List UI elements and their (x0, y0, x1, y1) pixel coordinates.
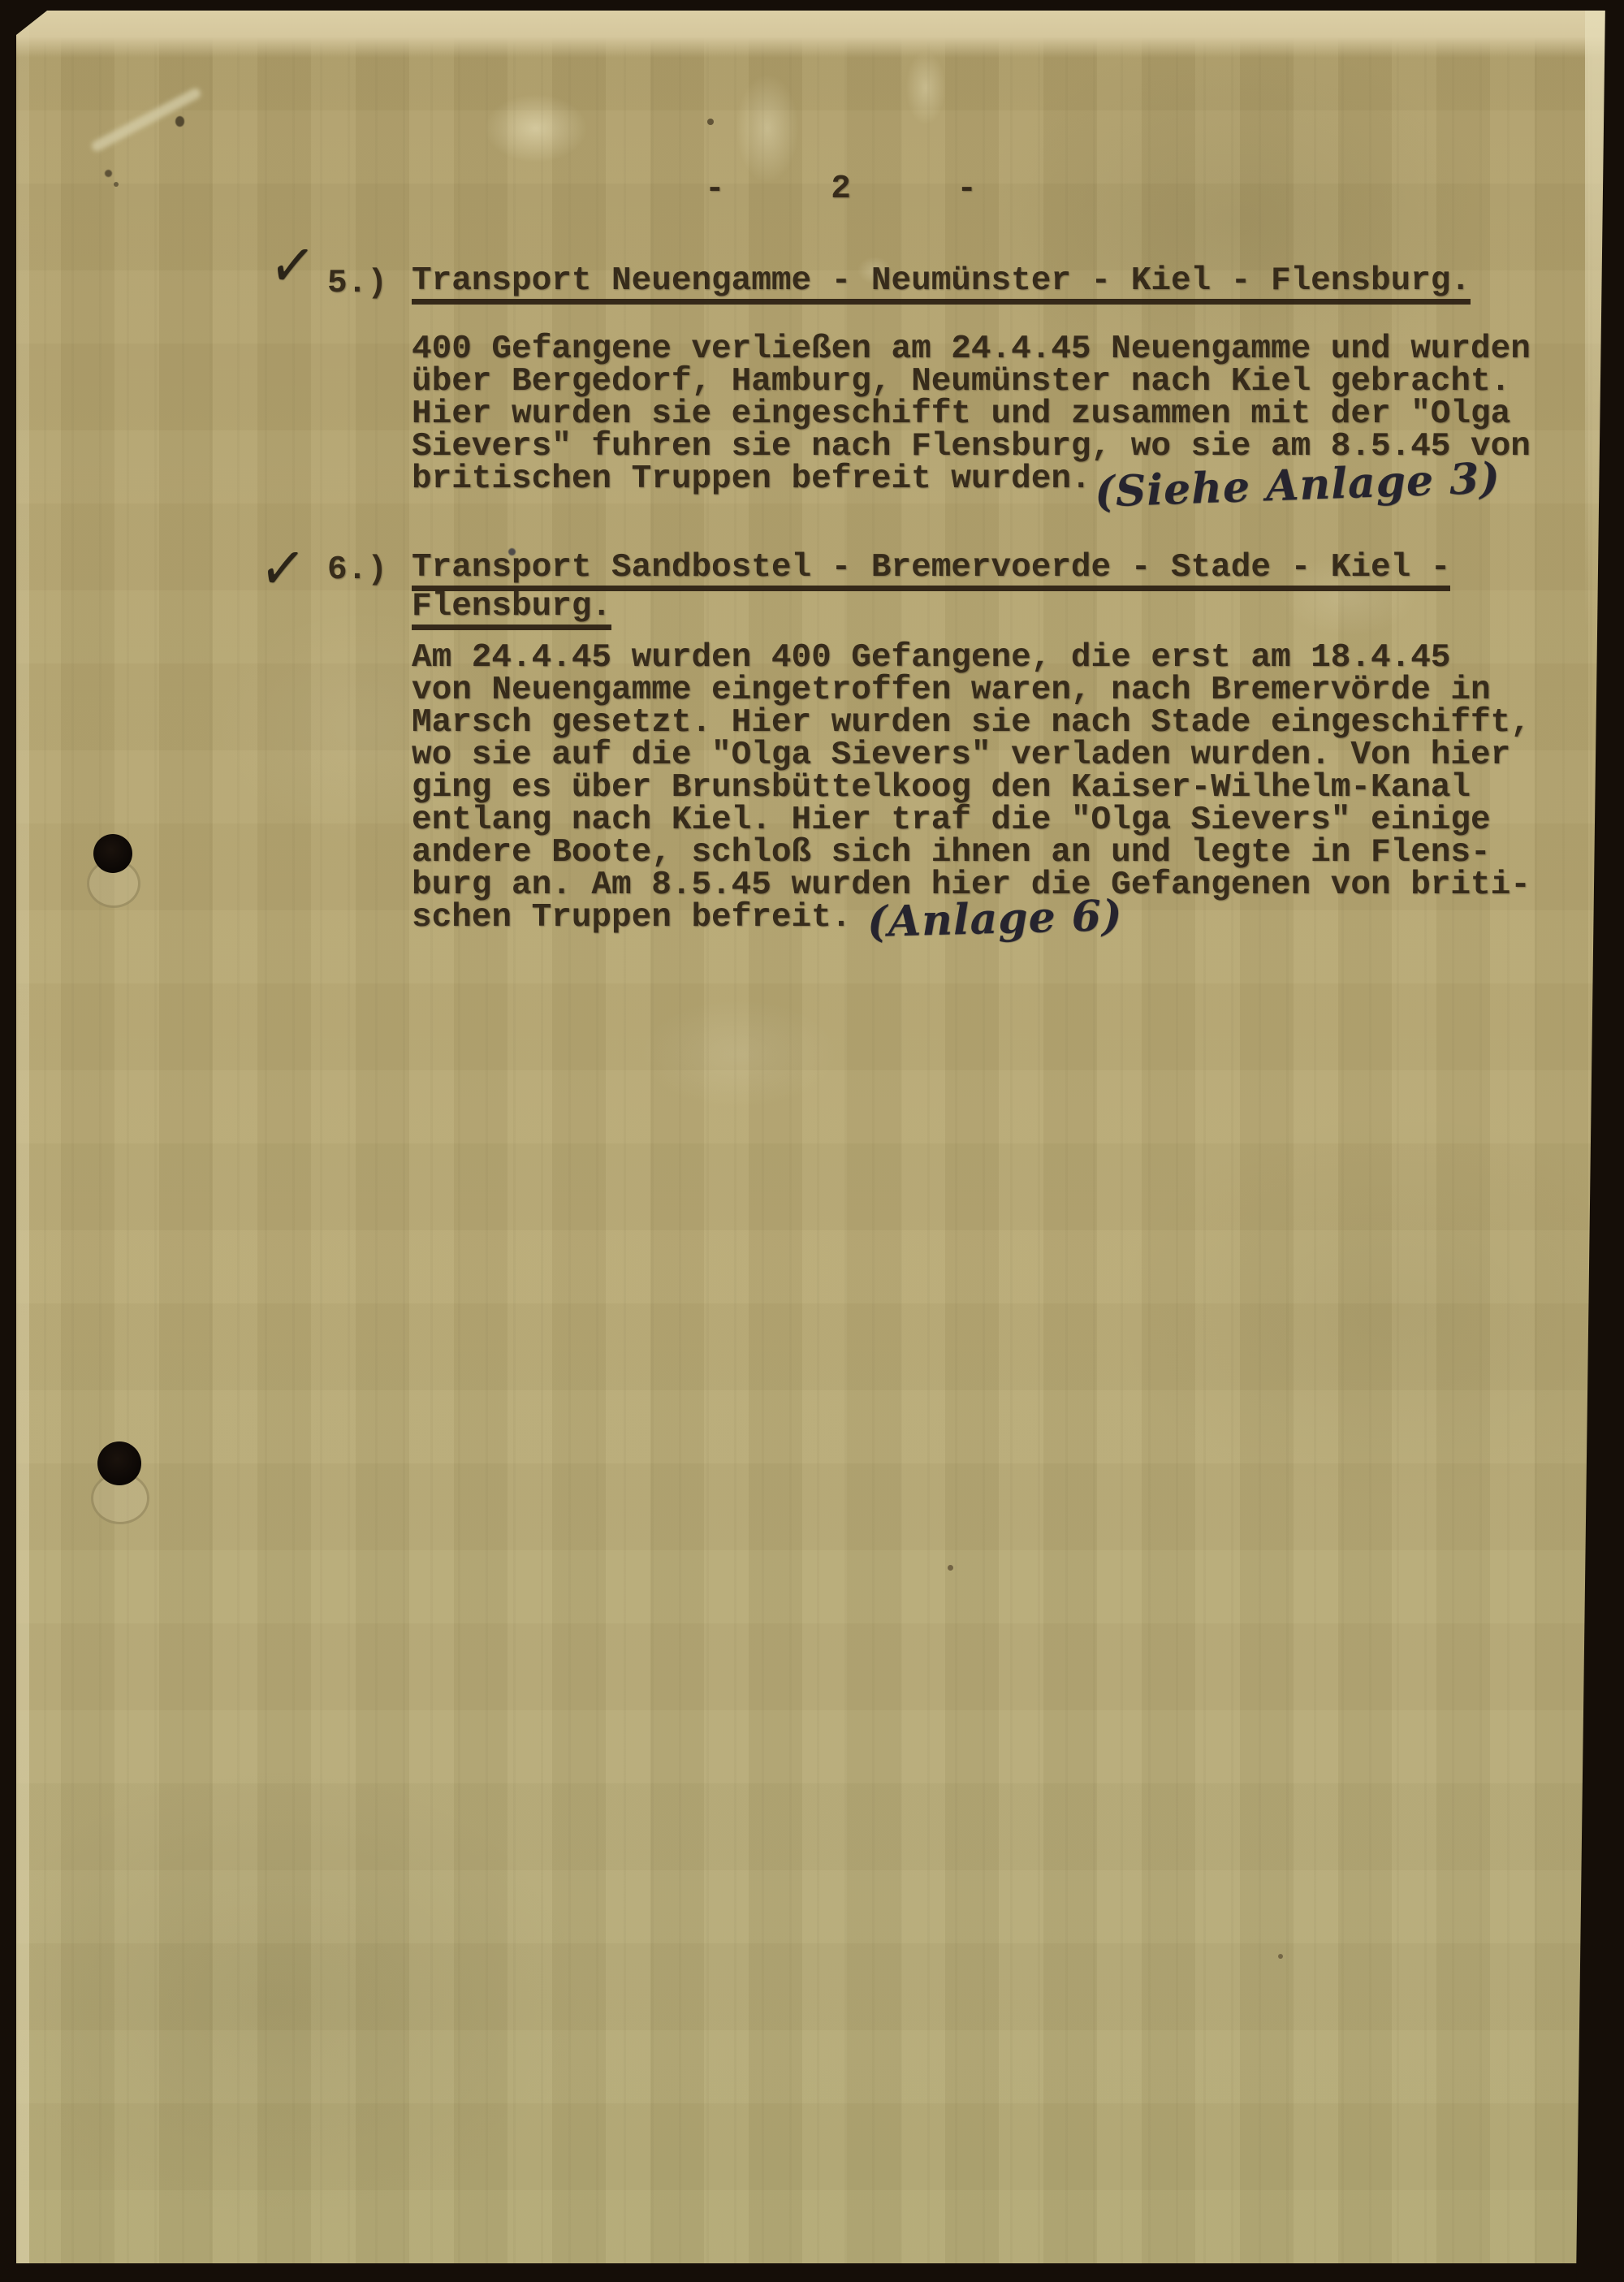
ink-speck (175, 116, 184, 127)
section-6-number: 6.) (327, 554, 387, 586)
scan-border-bottom (0, 2263, 1624, 2282)
checkmark-icon: ✓ (266, 232, 318, 300)
document-page: - 2 - ✓ 5.) Transport Neuengamme - Neumü… (16, 11, 1606, 2263)
section-5-number: 5.) (327, 267, 387, 300)
ink-speck (707, 119, 714, 125)
paper-top-edge-highlight (16, 11, 1606, 58)
punch-hole (97, 1441, 141, 1485)
handwritten-note-anlage-6: (Anlage 6) (866, 891, 1123, 947)
ink-speck (948, 1565, 953, 1571)
section-6-heading-line-2: Flensburg. (412, 591, 611, 630)
scanned-document-screenshot: { "page": { "number_display": "- 2 -" },… (0, 0, 1624, 2282)
ink-speck (114, 182, 119, 187)
page-number: - 2 - (705, 173, 977, 205)
section-6-heading-line-1: Transport Sandbostel - Bremervoerde - St… (412, 552, 1450, 591)
scan-border-left (0, 0, 16, 2282)
ink-speck (1278, 1954, 1283, 1959)
checkmark-icon: ✓ (257, 535, 309, 603)
section-5-heading: Transport Neuengamme - Neumünster - Kiel… (412, 266, 1471, 305)
paper-left-edge-highlight (16, 11, 29, 2263)
section-6-body-text: Am 24.4.45 wurden 400 Gefangene, die ers… (412, 642, 1531, 934)
ink-speck (105, 170, 112, 177)
punch-hole (93, 834, 132, 873)
scan-border-top (0, 0, 1624, 11)
